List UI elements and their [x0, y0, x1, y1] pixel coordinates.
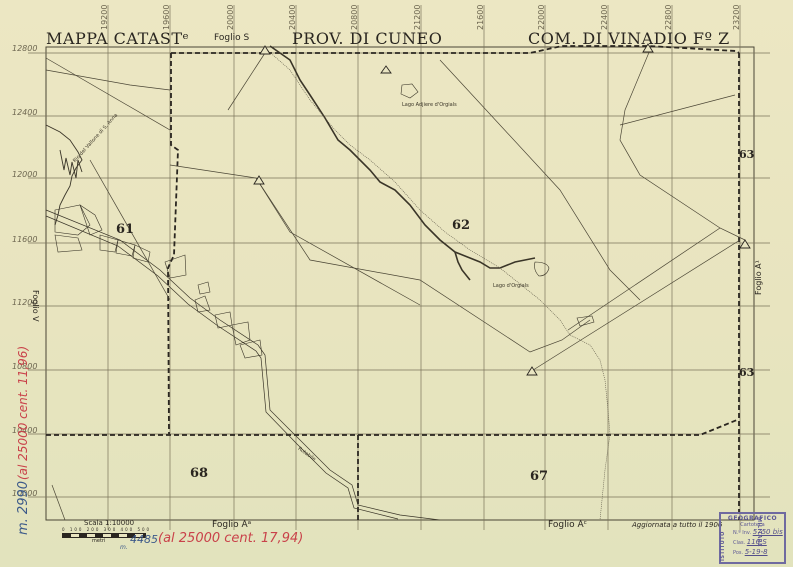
x-tick: 20800 — [350, 5, 359, 30]
scale-ticks: 0 100 200 300 400 500 — [62, 527, 151, 532]
update-note: Aggiornata a tutto il 1906 — [632, 521, 722, 529]
lakes — [401, 84, 594, 326]
commune-title: COM. DI VINADIO Fº Z — [528, 29, 730, 48]
parcel-68: 68 — [190, 466, 208, 481]
x-tick: 21200 — [413, 5, 422, 30]
stream — [270, 46, 535, 280]
path — [265, 48, 610, 520]
map-drawing — [0, 0, 793, 567]
lake-label-lower: Lago d'Orgials — [493, 283, 529, 289]
cadastral-map-sheet: MAPPA CATASTᵉ Foglio S PROV. DI CUNEO CO… — [0, 0, 793, 567]
y-tick: 12400 — [12, 108, 37, 117]
stamp-position: Pos. 5-19-8 — [733, 548, 784, 558]
adjacent-sheet-bottom-left: Foglio Aᵃ — [212, 520, 251, 530]
y-tick: 12800 — [12, 44, 37, 53]
parcel-63-upper: 63 — [739, 148, 754, 161]
x-tick: 19600 — [162, 5, 171, 30]
x-tick: 21600 — [476, 5, 485, 30]
stamp-side-left: ISTITUTO — [720, 531, 726, 561]
parcel-67: 67 — [530, 469, 548, 484]
x-tick: 19200 — [100, 5, 109, 30]
parcel-61: 61 — [116, 222, 134, 237]
x-tick: 22400 — [600, 5, 609, 30]
adjacent-sheet-right: Foglio A¹ — [754, 260, 763, 295]
y-tick: 12000 — [12, 170, 37, 179]
handwritten-scale-note-bottom: (al 25000 cent. 17,94) — [158, 531, 303, 546]
adjacent-sheet-bottom-right: Foglio Aᶜ — [548, 520, 587, 530]
thin-boundaries — [46, 50, 745, 520]
stamp-side-right: MILITARE — [756, 517, 762, 547]
parcel-62: 62 — [452, 218, 470, 233]
handwritten-scale-note-left: (al 25000 cent. 11,96) — [16, 346, 30, 480]
x-tick: 20000 — [226, 5, 235, 30]
handwritten-length-left: m. 2990 — [16, 481, 31, 535]
x-tick: 22000 — [537, 5, 546, 30]
y-tick: 11600 — [12, 235, 37, 244]
grid-lines — [28, 5, 770, 530]
road — [46, 210, 440, 520]
handwritten-prefix-bottom: m. — [120, 544, 128, 551]
archive-stamp: GEOGRAFICO Cartoteca N.º Inv. 5750 bis C… — [719, 512, 786, 564]
sheet-reference-top: Foglio S — [214, 33, 249, 43]
parcel-boundaries — [46, 46, 739, 520]
x-tick: 20400 — [288, 5, 297, 30]
handwritten-length-bottom: 4485 — [130, 533, 158, 546]
adjacent-sheet-left: Foglio V — [31, 290, 40, 322]
parcel-63-lower: 63 — [739, 366, 754, 379]
village-parcels — [55, 205, 262, 358]
scale-title: Scala 1:10000 — [84, 519, 151, 527]
x-tick: 22800 — [664, 5, 673, 30]
trig-points — [254, 44, 750, 375]
province-title: PROV. DI CUNEO — [292, 29, 442, 48]
stamp-header: GEOGRAFICO — [721, 515, 784, 522]
rio-vallone — [46, 125, 82, 225]
x-tick: 23200 — [732, 5, 741, 30]
map-title: MAPPA CATASTᵉ — [46, 29, 189, 48]
stamp-position-value: 5-19-8 — [745, 548, 768, 556]
lake-label-upper: Lago Adjiere d'Orgials — [402, 102, 457, 108]
